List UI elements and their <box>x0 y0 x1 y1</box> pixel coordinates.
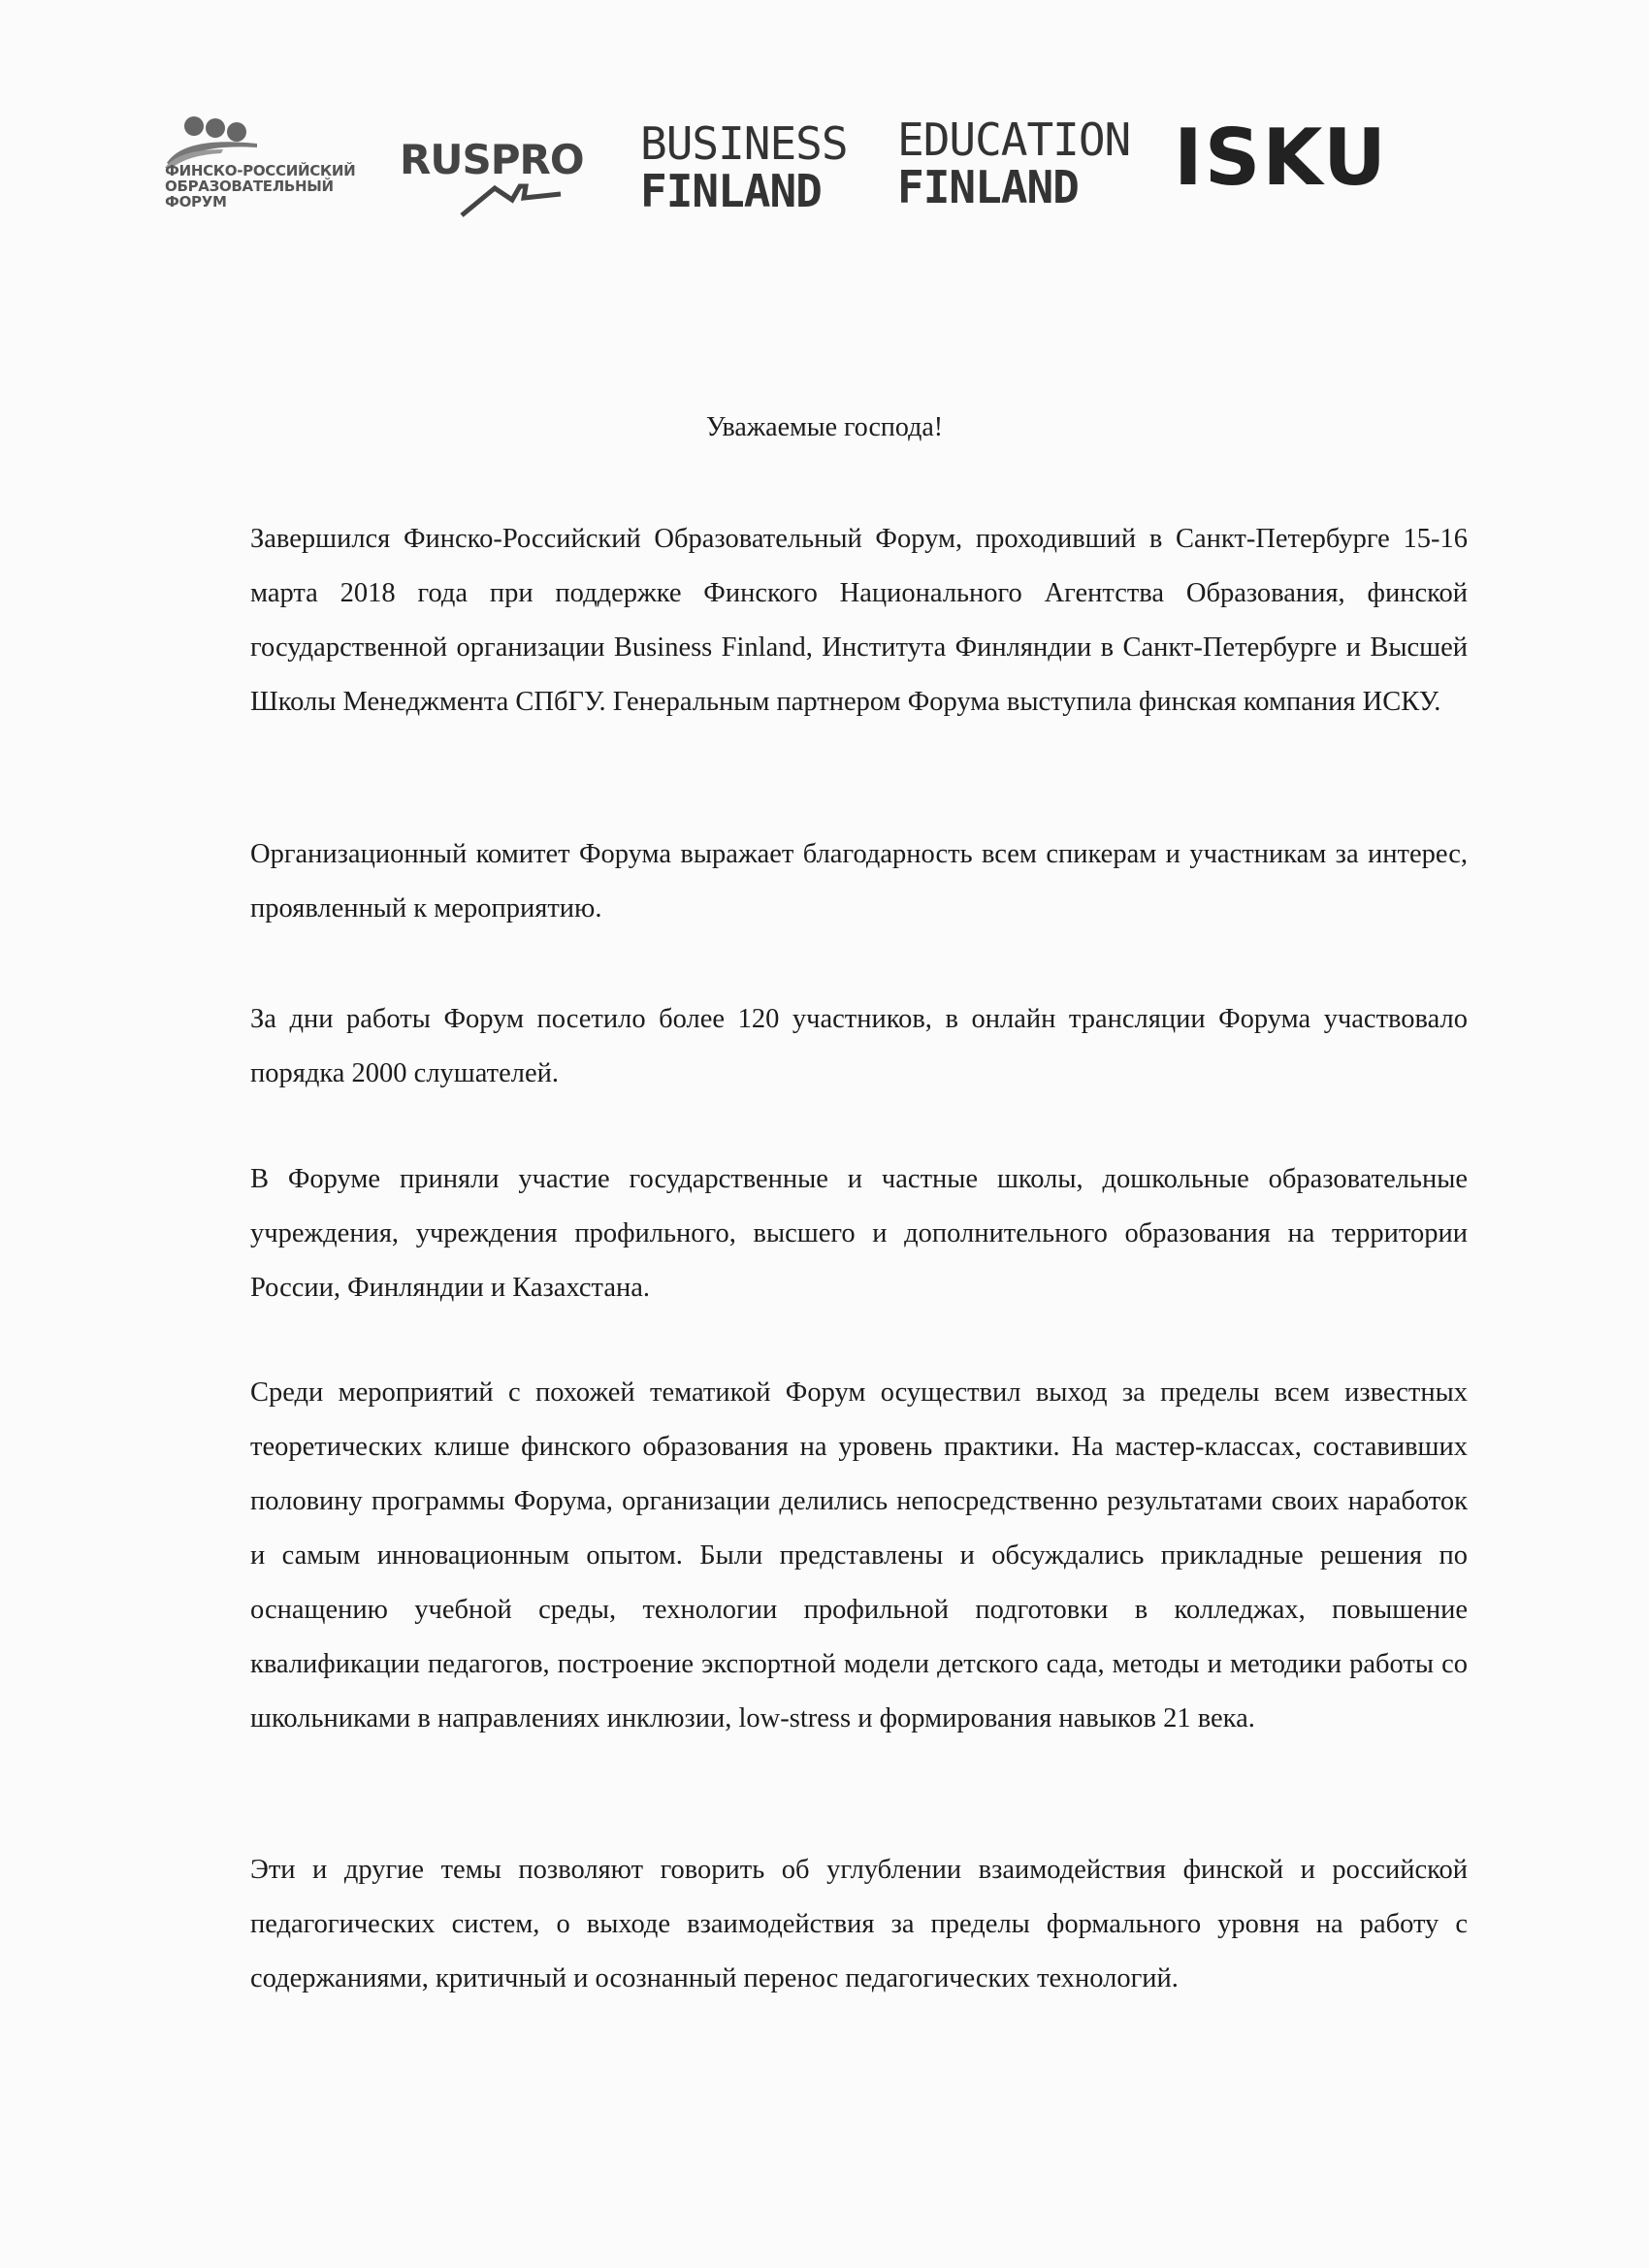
business-finland-top: BUSINESS <box>640 120 848 167</box>
forum-logo-line: ОБРАЗОВАТЕЛЬНЫЙ <box>165 178 355 194</box>
business-finland-logo: BUSINESS FINLAND <box>640 120 848 215</box>
forum-logo-line: ФОРУМ <box>165 194 355 210</box>
logo-strip: ФИНСКО-РОССИЙСКИЙ ОБРАЗОВАТЕЛЬНЫЙ ФОРУМ … <box>0 107 1649 233</box>
paragraph: Завершился Финско-Российский Образовател… <box>250 512 1468 729</box>
paragraph: Эти и другие темы позволяют говорить об … <box>250 1843 1468 2006</box>
education-finland-top: EDUCATION <box>897 116 1130 163</box>
paragraph: За дни работы Форум посетило более 120 у… <box>250 992 1468 1101</box>
paragraph: Среди мероприятий с похожей тематикой Фо… <box>250 1366 1468 1746</box>
ruspro-logo: RUSPRO <box>400 136 574 213</box>
education-finland-logo: EDUCATION FINLAND <box>897 116 1130 211</box>
paragraph: Организационный комитет Форума выражает … <box>250 827 1468 936</box>
paragraph: В Форуме приняли участие государственные… <box>250 1152 1468 1315</box>
wave-icon <box>458 180 565 219</box>
salutation: Уважаемые господа! <box>0 412 1649 443</box>
forum-logo-line: ФИНСКО-РОССИЙСКИЙ <box>165 163 355 178</box>
business-finland-bottom: FINLAND <box>640 167 848 215</box>
education-finland-bottom: FINLAND <box>897 163 1130 211</box>
people-icon <box>165 114 281 168</box>
ruspro-wordmark: RUSPRO <box>400 136 574 183</box>
isku-logo: ISKU <box>1174 113 1388 203</box>
forum-logo: ФИНСКО-РОССИЙСКИЙ ОБРАЗОВАТЕЛЬНЫЙ ФОРУМ <box>144 114 362 231</box>
